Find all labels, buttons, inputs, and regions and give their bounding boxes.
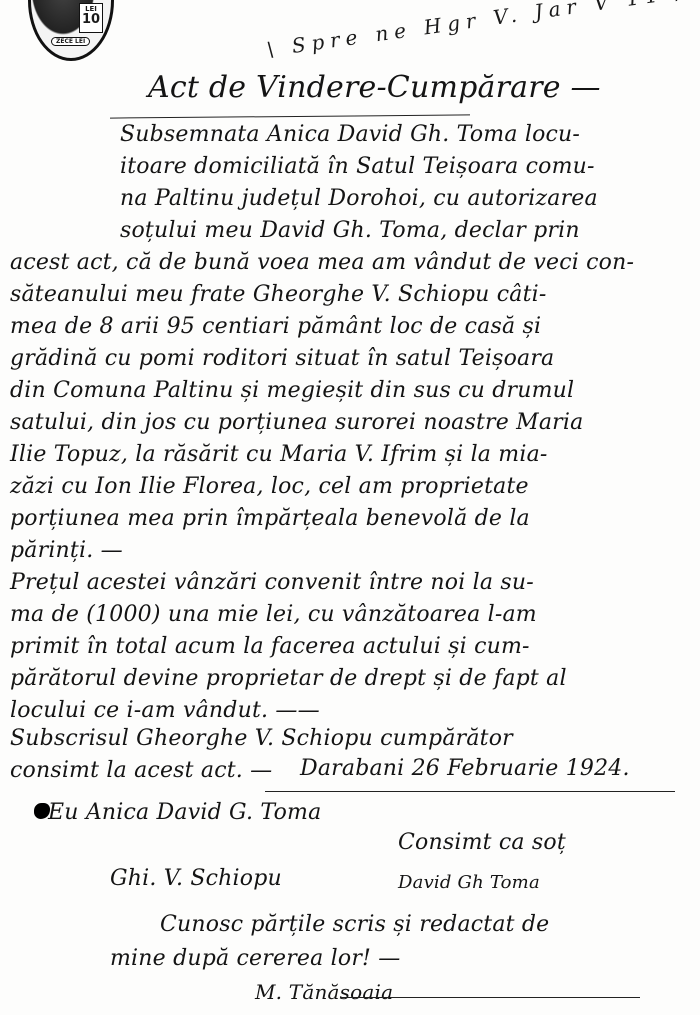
stamp-denomination: ZECE LEI: [51, 37, 90, 46]
header-scribbles: \ Spre ne Hgr V. Jar V 11 /: [265, 0, 690, 61]
text-line: itoare domiciliată în Satul Teișoara com…: [120, 154, 595, 179]
buyer-signature: Ghi. V. Schiopu: [110, 866, 282, 891]
text-line: soțului meu David Gh. Toma, declar prin: [120, 218, 580, 243]
notary-signature-underline: [340, 997, 640, 998]
text-line: satului, din jos cu porțiunea surorei no…: [10, 410, 583, 435]
text-line: locului ce i-am vândut. ——: [10, 698, 320, 723]
text-line: consimt la acest act. —: [10, 758, 272, 783]
notary-signature: M. Tănăsoaia: [255, 980, 393, 1004]
text-line: Cunosc părțile scris și redactat de: [160, 912, 549, 937]
text-line: grădină cu pomi roditori situat în satul…: [10, 346, 554, 371]
stamp-value: 10: [80, 13, 102, 26]
text-line: Ilie Topuz, la răsărit cu Maria V. Ifrim…: [10, 442, 548, 467]
spouse-signature: David Gh Toma: [398, 872, 540, 893]
spouse-consent-label: Consimt ca soț: [398, 830, 566, 855]
revenue-stamp: LEI 10 ZECE LEI: [28, 0, 114, 61]
scanned-document-page: LEI 10 ZECE LEI \ Spre ne Hgr V. Jar V 1…: [0, 0, 700, 1015]
date-underline: [265, 791, 675, 792]
place-date: Darabani 26 Februarie 1924.: [300, 756, 630, 781]
text-line: din Comuna Paltinu și megieșit din sus c…: [10, 378, 574, 403]
text-line: mine după cererea lor! —: [110, 946, 400, 971]
text-line: Subscrisul Gheorghe V. Schiopu cumpărăto…: [10, 726, 513, 751]
title-underline: [110, 114, 470, 118]
stamp-value-box: LEI 10: [79, 3, 103, 33]
text-line: Prețul acestei vânzări convenit între no…: [10, 570, 534, 595]
text-line: primit în total acum la facerea actului …: [10, 634, 530, 659]
text-line: părinți. —: [10, 538, 123, 563]
text-line: zăzi cu Ion Ilie Florea, loc, cel am pro…: [10, 474, 529, 499]
text-line: părătorul devine proprietar de drept și …: [10, 666, 567, 691]
seller-signature: Eu Anica David G. Toma: [48, 800, 321, 825]
document-title: Act de Vindere-Cumpărare —: [148, 70, 601, 107]
text-line: mea de 8 arii 95 centiari pământ loc de …: [10, 314, 541, 339]
text-line: Subsemnata Anica David Gh. Toma locu-: [120, 122, 580, 147]
text-line: ma de (1000) una mie lei, cu vânzătoarea…: [10, 602, 537, 627]
text-line: săteanului meu frate Gheorghe V. Schiopu…: [10, 282, 546, 307]
text-line: acest act, că de bună voea mea am vândut…: [10, 250, 634, 275]
text-line: na Paltinu județul Dorohoi, cu autorizar…: [120, 186, 598, 211]
text-line: porțiunea mea prin împărțeala benevolă d…: [10, 506, 530, 531]
